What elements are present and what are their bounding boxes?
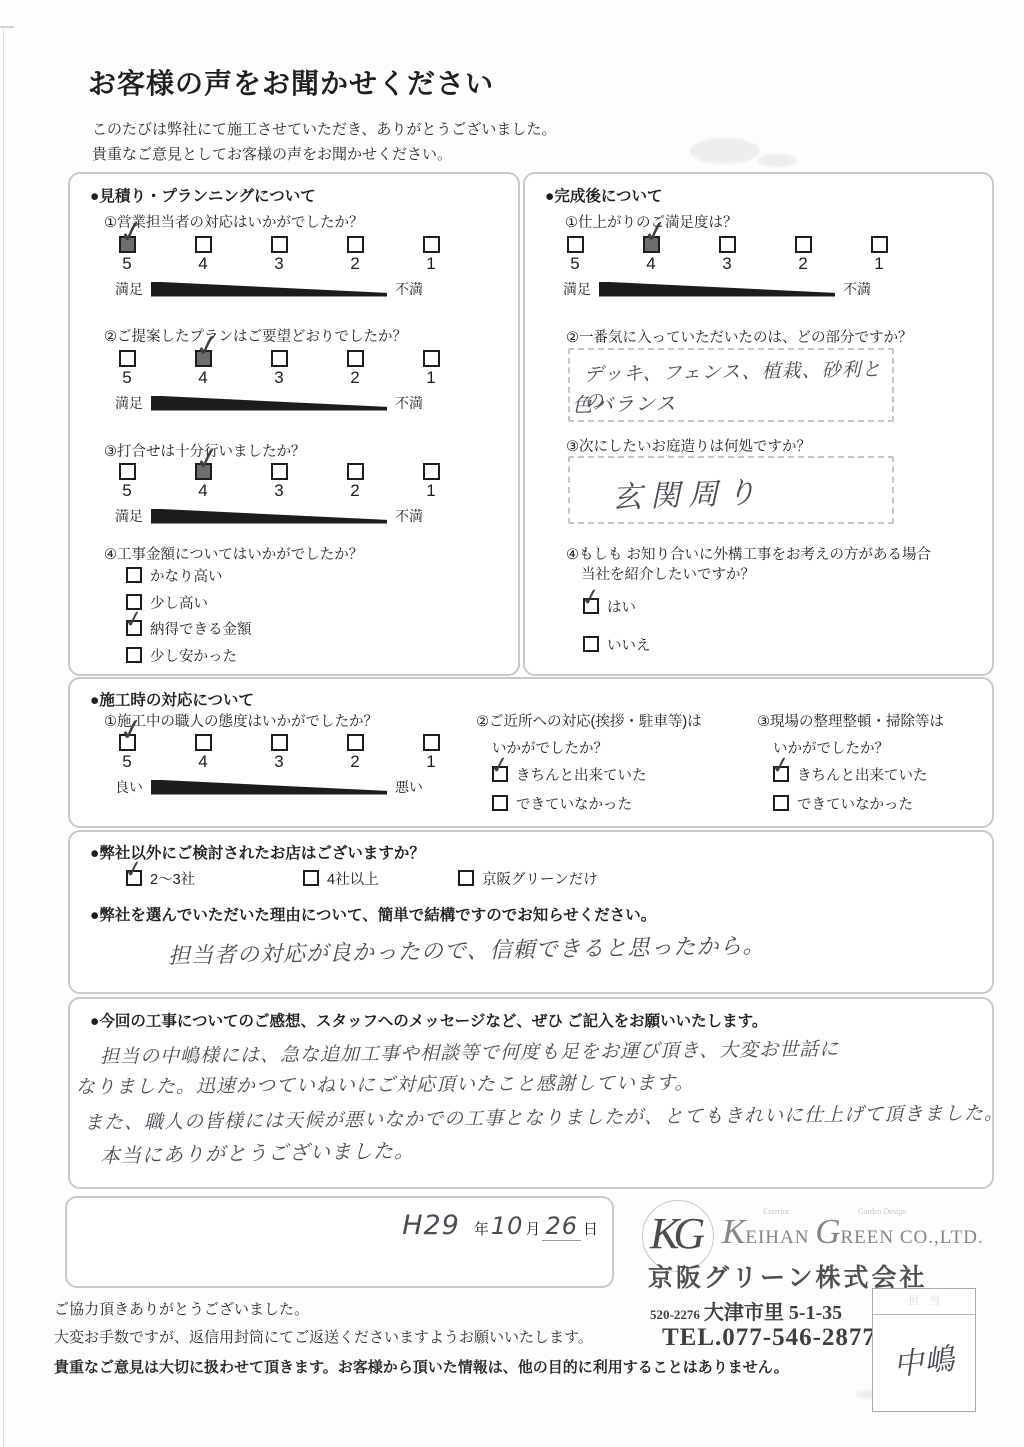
checkmark: ✓ [192,443,222,477]
scan-edge-tick [0,26,14,28]
company-address: 520-2276 大津市里 5-1-35 [650,1296,842,1325]
handwritten-comment-line: 本当にありがとうございました。 [100,1134,415,1168]
answer-box-next-garden: 玄関周り [568,456,894,524]
question-favorite-part: ②一番気に入っていただいたのは、どの部分ですか？ [566,326,913,347]
option-referral-yes: ✓ はい [583,596,636,617]
rating-number: 2 [350,481,359,501]
rating-number: 4 [198,254,207,274]
rating-number: 3 [722,254,731,274]
rating-number: 2 [798,254,807,274]
rating-number: 1 [874,254,883,274]
rating-number: 2 [350,368,359,388]
rating-number: 1 [426,254,435,274]
checkbox [795,236,812,253]
checkbox [423,350,440,367]
checkbox [583,636,599,652]
checkbox [126,647,142,663]
satisfied-label: 満足 [563,279,591,299]
question-referral-line1: ④もしも お知り合いに外構工事をお考えの方がある場合 [566,543,931,564]
checkmark: ✓ [579,585,602,611]
scan-artifact [757,154,797,167]
satisfied-label: 満足 [115,279,143,299]
checkbox [271,236,288,253]
checkmark: ✓ [116,714,146,748]
day-label: 日 [583,1221,598,1238]
rating-number: 4 [198,368,207,388]
checkbox [271,463,288,480]
question-neighbors-line2: いかがでしたか？ [492,737,608,758]
checkmark: ✓ [192,330,222,364]
rating-number: 5 [122,481,131,501]
question-next-garden: ③次にしたいお庭造りは何処ですか？ [566,435,811,456]
rating-number: 1 [426,752,435,772]
option-shops-keihan-only: 京阪グリーンだけ [458,868,598,889]
checkbox [423,463,440,480]
rating-scale-plan-matched: 5 ✓4 3 2 1 満足 不満 [89,350,481,413]
rating-number: 3 [274,481,283,501]
option-shops-4plus: 4社以上 [303,868,379,889]
checkbox [303,870,319,886]
option-tidiness-done: ✓ きちんと出来ていた [773,764,928,785]
stamp-name: 中嶋 [871,1332,977,1386]
section-header-construction: ●施工時の対応について [90,688,254,710]
option-referral-no: いいえ [583,634,651,655]
rating-number: 3 [274,254,283,274]
option-price-bit-cheap: 少し安かった [126,645,237,666]
address-text: 大津市里 5-1-35 [704,1302,842,1324]
postal-code: 520-2276 [650,1307,700,1322]
checkbox [423,734,440,751]
intro-line: 貴重なご意見としてお客様の声をお聞かせください。 [92,143,452,164]
section-header-completion: ●完成後について [545,184,663,206]
rating-scale-finish: 5 ✓4 3 2 1 満足 不満 [537,236,929,299]
rating-number: 2 [350,254,359,274]
good-label: 良い [115,777,143,797]
rating-number: 5 [122,254,131,274]
bad-label: 悪い [395,777,423,797]
checkbox [347,236,364,253]
question-workers-attitude: ①施工中の職人の態度はいかがでしたか？ [104,710,378,731]
dissatisfied-label: 不満 [395,506,423,526]
checkmark: ✓ [488,753,511,779]
checkbox [271,734,288,751]
footer-note: ご協力頂きありがとうございました。 [54,1298,309,1319]
question-price: ④工事金額についてはいかがでしたか？ [104,543,363,564]
checkmark: ✓ [769,753,792,779]
staff-stamp-box: 担当 中嶋 [872,1288,976,1412]
handwritten-month: 10 [491,1212,524,1240]
question-referral-line2: 当社を紹介したいですか？ [581,563,755,584]
rating-number: 1 [426,368,435,388]
checkmark: ✓ [640,216,670,250]
company-name-en: KEIHAN GREEN CO.,LTD. [722,1212,984,1252]
rating-number: 4 [198,752,207,772]
question-reason: ●弊社を選んでいただいた理由について、簡単で結構ですのでお知らせください。 [90,903,656,925]
handwritten-answer: 色バランス [572,387,677,418]
logo-letters: KG [650,1208,699,1259]
option-neighbors-done: ✓ きちんと出来ていた [492,764,647,785]
scale-wedge [151,780,387,795]
rating-scale-meetings: 5 ✓4 3 2 1 満足 不満 [89,463,481,526]
dissatisfied-label: 不満 [395,279,423,299]
checkbox [567,236,584,253]
checkbox [458,870,474,886]
checkbox [271,350,288,367]
checkmark: ✓ [122,857,145,883]
rating-scale-sales-response: ✓5 4 3 2 1 満足 不満 [89,236,481,299]
checkbox [195,734,212,751]
page-title: お客様の声をお聞かせください [88,62,494,102]
intro-line: このたびは弊社にて施工させていただき、ありがとうございました。 [92,118,556,139]
stamp-header: 担当 [873,1289,975,1315]
date-box: H29年10月26日 [65,1196,614,1288]
handwritten-comment-line: なりました。迅速かつていねいにご対応頂いたこと感謝しています。 [76,1068,695,1099]
rating-number: 5 [122,752,131,772]
scanned-survey-page: お客様の声をお聞かせください このたびは弊社にて施工させていただき、ありがとうご… [0,0,1024,1447]
rating-number: 4 [646,254,655,274]
checkbox [119,350,136,367]
month-label: 月 [525,1221,540,1238]
checkbox [347,463,364,480]
company-tel: TEL.077-546-2877 [662,1324,876,1352]
checkbox [119,463,136,480]
checkbox [195,236,212,253]
scale-wedge [599,282,835,297]
checkbox [773,795,789,811]
rating-number: 2 [350,752,359,772]
section-header-planning: ●見積り・プランニングについて [90,184,316,206]
question-tidiness-line1: ③現場の整理整頓・掃除等は [757,710,944,731]
checkbox [719,236,736,253]
scan-artifact [690,138,760,164]
rating-scale-workers: ✓5 4 3 2 1 良い 悪い [89,734,481,797]
handwritten-day: 26 [542,1212,581,1241]
checkbox [347,734,364,751]
checkmark: ✓ [116,216,146,250]
rating-number: 3 [274,752,283,772]
scan-edge-line [3,26,4,1447]
dissatisfied-label: 不満 [843,279,871,299]
checkbox [347,350,364,367]
dissatisfied-label: 不満 [395,393,423,413]
answer-box-favorite: デッキ、フェンス、植栽、砂利との 色バランス [568,348,894,422]
option-neighbors-not-done: できていなかった [492,793,632,814]
checkbox [871,236,888,253]
scale-wedge [151,282,387,297]
scale-wedge [151,509,387,524]
option-price-fair: ✓ 納得できる金額 [126,618,252,639]
scale-wedge [151,396,387,411]
satisfied-label: 満足 [115,393,143,413]
footer-note: 大変お手数ですが、返信用封筒にてご返送くださいますようお願いいたします。 [54,1326,593,1347]
checkbox [126,567,142,583]
rating-number: 1 [426,481,435,501]
option-price-very-high: かなり高い [126,565,223,586]
satisfied-label: 満足 [115,506,143,526]
handwritten-era-year: H29 [402,1210,460,1241]
section-header-comment: ●今回の工事についてのご感想、スタッフへのメッセージなど、ぜひ ご記入をお願いい… [90,1009,767,1031]
question-tidiness-line2: いかがでしたか？ [773,737,889,758]
date-line: H29年10月26日 [402,1210,598,1241]
rating-number: 4 [198,481,207,501]
question-plan-matched: ②ご提案したプランはご要望どおりでしたか？ [104,325,407,346]
rating-number: 5 [570,254,579,274]
option-shops-2-3: ✓ 2～3社 [126,868,195,889]
checkbox [492,795,508,811]
checkmark: ✓ [122,607,145,633]
checkbox [423,236,440,253]
option-tidiness-not-done: できていなかった [773,793,913,814]
question-neighbors-line1: ②ご近所への対応(挨拶・駐車等)は [476,710,702,731]
handwritten-answer: 玄関周り [611,467,764,516]
footer-note: 貴重なご意見は大切に扱わせて頂きます。お客様から頂いた情報は、他の目的に利用する… [54,1356,789,1377]
rating-number: 3 [274,368,283,388]
rating-number: 5 [122,368,131,388]
year-label: 年 [474,1221,489,1238]
